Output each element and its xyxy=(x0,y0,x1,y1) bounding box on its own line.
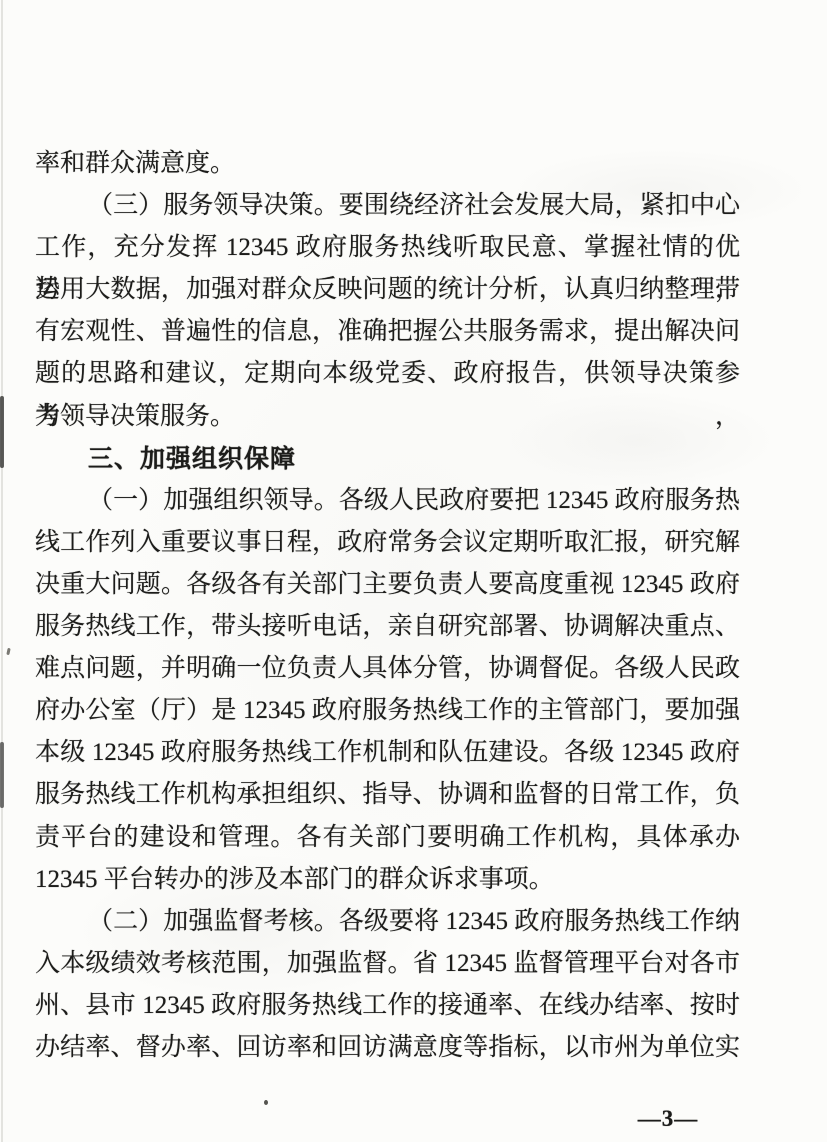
text-line: （一）加强组织领导。各级人民政府要把 12345 政府服务热 xyxy=(35,480,740,522)
text-line: （二）加强监督考核。各级要将 12345 政府服务热线工作纳 xyxy=(35,901,740,943)
text-line: 服务热线工作，带头接听电话，亲自研究部署、协调解决重点、 xyxy=(35,606,740,648)
text-line: 州、县市 12345 政府服务热线工作的接通率、在线办结率、按时 xyxy=(35,985,740,1027)
text-line: 责平台的建设和管理。各有关部门要明确工作机构，具体承办 xyxy=(35,817,740,859)
text-line: 题的思路和建议，定期向本级党委、政府报告，供领导决策参考， xyxy=(35,353,740,395)
text-line: 难点问题，并明确一位负责人具体分管，协调督促。各级人民政 xyxy=(35,648,740,690)
scan-edge-crease xyxy=(1,0,3,1142)
scanned-document-page: 率和群众满意度。 （三）服务领导决策。要围绕经济社会发展大局，紧扣中心 工作，充… xyxy=(0,0,827,1142)
text-line: 运用大数据，加强对群众反映问题的统计分析，认真归纳整理带 xyxy=(35,269,740,311)
text-line: 有宏观性、普遍性的信息，准确把握公共服务需求，提出解决问 xyxy=(35,311,740,353)
text-line: （三）服务领导决策。要围绕经济社会发展大局，紧扣中心 xyxy=(35,185,740,227)
text-line: 府办公室（厅）是 12345 政府服务热线工作的主管部门，要加强 xyxy=(35,690,740,732)
text-line: 率和群众满意度。 xyxy=(35,143,740,185)
text-line: 本级 12345 政府服务热线工作机制和队伍建设。各级 12345 政府 xyxy=(35,732,740,774)
scan-edge-artifact xyxy=(0,396,4,468)
text-line: 工作，充分发挥 12345 政府服务热线听取民意、掌握社情的优势， xyxy=(35,227,740,269)
text-line: 办结率、督办率、回访率和回访满意度等指标，以市州为单位实 xyxy=(35,1027,740,1069)
scan-speck xyxy=(264,1100,268,1105)
scan-speck xyxy=(6,648,10,655)
scan-edge-artifact xyxy=(0,742,4,808)
section-heading: 三、加强组织保障 xyxy=(35,438,740,480)
page-number: —3— xyxy=(628,1106,708,1132)
text-line: 线工作列入重要议事日程，政府常务会议定期听取汇报，研究解 xyxy=(35,522,740,564)
body-text: 率和群众满意度。 （三）服务领导决策。要围绕经济社会发展大局，紧扣中心 工作，充… xyxy=(35,143,740,1069)
text-line: 决重大问题。各级各有关部门主要负责人要高度重视 12345 政府 xyxy=(35,564,740,606)
text-line: 入本级绩效考核范围，加强监督。省 12345 监督管理平台对各市 xyxy=(35,943,740,985)
text-line: 12345 平台转办的涉及本部门的群众诉求事项。 xyxy=(35,859,740,901)
text-line: 服务热线工作机构承担组织、指导、协调和监督的日常工作，负 xyxy=(35,774,740,816)
